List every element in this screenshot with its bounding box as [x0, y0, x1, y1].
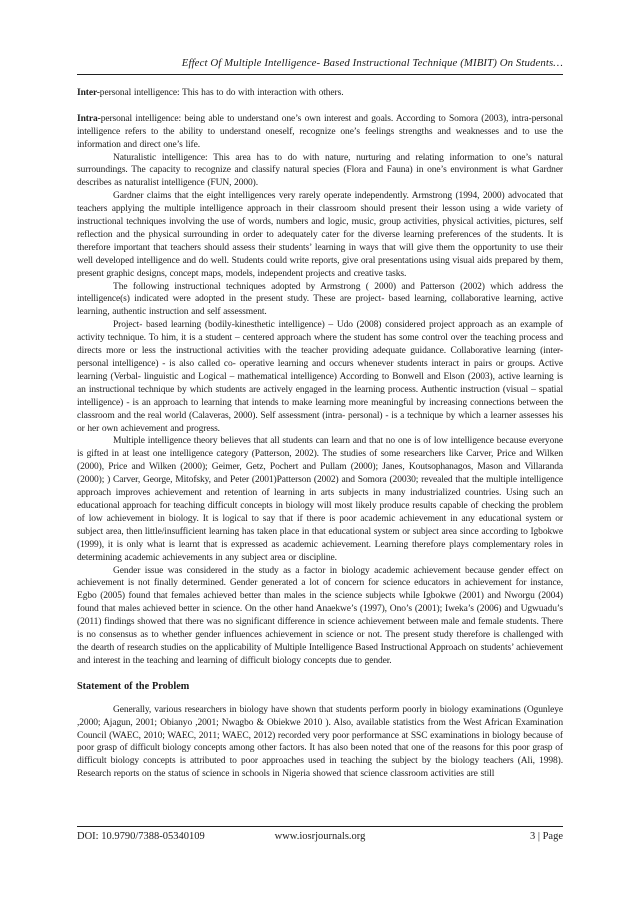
section-heading-statement-of-problem: Statement of the Problem	[77, 681, 563, 694]
page-footer: DOI: 10.9790/7388-05340109 www.iosrjourn…	[77, 826, 563, 842]
running-header: Effect Of Multiple Intelligence- Based I…	[77, 57, 563, 75]
footer-page-number: 3 | Page	[401, 831, 563, 842]
paragraph-naturalistic: Naturalistic intelligence: This area has…	[77, 152, 563, 191]
paragraph-gender-issue: Gender issue was considered in the study…	[77, 565, 563, 668]
running-header-title: Effect Of Multiple Intelligence- Based I…	[182, 57, 563, 69]
paragraph-technique-definitions: Project- based learning (bodily-kinesthe…	[77, 319, 563, 435]
footer-doi: DOI: 10.9790/7388-05340109	[77, 831, 239, 842]
paragraph-interpersonal: Inter-personal intelligence: This has to…	[77, 87, 563, 100]
paragraph-problem-statement: Generally, various researchers in biolog…	[77, 704, 563, 781]
paragraph-interpersonal-lead: Inter-	[77, 88, 100, 98]
document-page: Effect Of Multiple Intelligence- Based I…	[0, 0, 638, 903]
paragraph-interpersonal-text: personal intelligence: This has to do wi…	[100, 88, 344, 98]
paragraph-mi-theory: Multiple intelligence theory believes th…	[77, 435, 563, 564]
paragraph-intrapersonal-text: personal intelligence: being able to und…	[77, 114, 563, 150]
paragraph-gardner-claims: Gardner claims that the eight intelligen…	[77, 190, 563, 280]
footer-journal-url: www.iosrjournals.org	[239, 831, 401, 842]
paragraph-intrapersonal: Intra-personal intelligence: being able …	[77, 113, 563, 152]
body-text: Inter-personal intelligence: This has to…	[77, 87, 563, 824]
paragraph-instructional-techniques: The following instructional techniques a…	[77, 281, 563, 320]
paragraph-intrapersonal-lead: Intra-	[77, 114, 101, 124]
